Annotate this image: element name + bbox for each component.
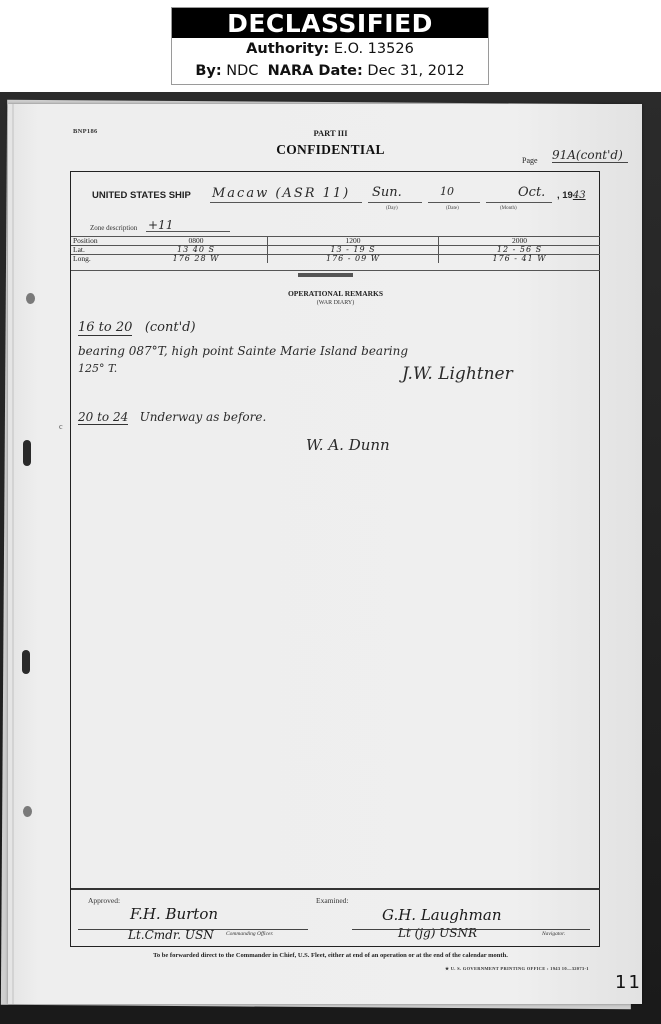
day-value: Sun.: [372, 185, 402, 200]
commanding-officer-rank: Lt.Cmdr. USN: [128, 928, 214, 942]
sheet-number: 11: [615, 972, 642, 993]
approval-rule: [71, 888, 600, 890]
month-value: Oct.: [518, 185, 545, 200]
date-value: 10: [440, 185, 454, 198]
co-signature-line: [78, 929, 308, 930]
approved-label: Approved:: [88, 896, 120, 905]
watch-entry: 20 to 24 Underway as before.: [78, 410, 266, 424]
remark-line: 125° T.: [78, 362, 117, 375]
form-frame: [70, 171, 600, 947]
navigator-signature-line: [352, 929, 590, 930]
row-label: Long.: [71, 255, 125, 264]
ship-name: Macaw (ASR 11): [212, 186, 350, 201]
stamp-title: DECLASSIFIED: [172, 8, 488, 38]
date-caption: (Date): [446, 206, 459, 211]
remarks-subtitle: (WAR DIARY): [0, 300, 661, 306]
day-caption: (Day): [386, 206, 398, 211]
examined-label: Examined:: [316, 896, 349, 905]
table-bottom-rule: [71, 270, 600, 271]
section-tab: [298, 273, 353, 277]
position-table: Position 0800 1200 2000 Lat. 13 40 S 13 …: [71, 236, 600, 263]
page-edge: [12, 104, 14, 1004]
remarks-title: OPERATIONAL REMARKS: [0, 289, 661, 298]
ship-underline: [210, 202, 362, 203]
stamp-by-date: By: NDC NARA Date: Dec 31, 2012: [172, 60, 488, 82]
commanding-officer-role: Commanding Officer.: [226, 931, 273, 937]
day-underline: [368, 202, 422, 203]
stamp-authority: Authority: E.O. 13526: [172, 38, 488, 60]
cell: 176 - 41 W: [439, 255, 601, 264]
navigator-role: Navigator.: [542, 931, 565, 937]
officer-signature: W. A. Dunn: [306, 436, 390, 454]
page-label: Page: [522, 156, 538, 165]
year: , 1943: [557, 190, 586, 201]
binder-hole: [22, 650, 30, 674]
ship-label: UNITED STATES SHIP: [92, 190, 191, 201]
month-caption: (Month): [500, 206, 517, 211]
page-number: 91A(cont'd): [552, 148, 628, 163]
watch-time: 16 to 20 (cont'd): [78, 320, 196, 335]
cell: 176 28 W: [125, 255, 268, 264]
margin-mark: c: [59, 422, 63, 431]
cell: 176 - 09 W: [268, 255, 439, 264]
officer-signature: J.W. Lightner: [402, 364, 513, 384]
binder-hole: [23, 440, 31, 466]
table-row: Long. 176 28 W 176 - 09 W 176 - 41 W: [71, 255, 600, 264]
declassified-stamp: DECLASSIFIED Authority: E.O. 13526 By: N…: [171, 7, 489, 85]
date-underline: [428, 202, 480, 203]
printer-imprint: ★ U. S. GOVERNMENT PRINTING OFFICE : 194…: [445, 966, 589, 972]
zone-label: Zone description: [90, 224, 137, 232]
month-underline: [486, 202, 552, 203]
navigator-signature: G.H. Laughman: [382, 906, 502, 924]
zone-value: +11: [148, 218, 173, 232]
commanding-officer-signature: F.H. Burton: [130, 905, 218, 923]
forwarding-instruction: To be forwarded direct to the Commander …: [0, 952, 661, 959]
remark-line: bearing 087°T, high point Sainte Marie I…: [78, 344, 408, 358]
part-heading: PART III: [0, 128, 661, 138]
punch-hole: [23, 806, 32, 817]
